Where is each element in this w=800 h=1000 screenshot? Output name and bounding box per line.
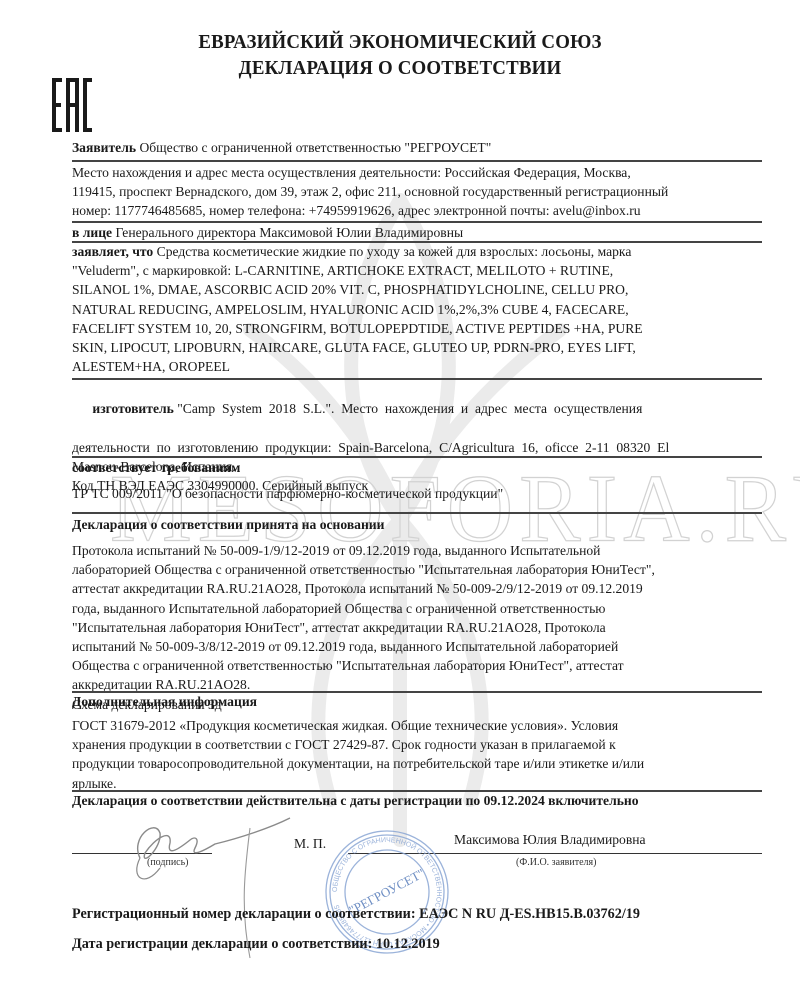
union-title: ЕВРАЗИЙСКИЙ ЭКОНОМИЧЕСКИЙ СОЮЗ: [32, 31, 768, 54]
declares-line: FACELIFT SYSTEM 10, 20, STRONGFIRM, BOTU…: [72, 319, 762, 338]
represented-by-value: Генерального директора Максимовой Юлии В…: [115, 225, 463, 240]
eac-logo-icon: [52, 78, 92, 132]
registration-number-value: ЕАЭС N RU Д-ES.НВ15.В.03762/19: [419, 906, 640, 922]
basis-line: Общества с ограниченной ответственностью…: [72, 656, 762, 675]
name-caption: (Ф.И.О. заявителя): [516, 857, 596, 868]
address-block: Место нахождения и адрес места осуществл…: [72, 163, 762, 221]
additional-label: Дополнительная информация: [72, 694, 257, 709]
requirements-value: ТР ТС 009/2011 "О безопасности парфюмерн…: [72, 484, 762, 503]
validity-text: Декларация о соответствии действительна …: [72, 793, 639, 808]
basis-label-row: Декларация о соответствии принята на осн…: [72, 515, 762, 534]
declares-line: SILANOL 1%, DMAE, ASCORBIC ACID 20% VIT.…: [72, 280, 762, 299]
represented-by-label: в лице: [72, 225, 112, 240]
manufacturer-label: изготовитель: [92, 401, 173, 416]
manufacturer-line: изготовитель "Camp System 2018 S.L.". Ме…: [72, 380, 762, 438]
registration-number-row: Регистрационный номер декларации о соотв…: [72, 906, 640, 923]
basis-line: лабораторией Общества с ограниченной отв…: [72, 560, 762, 579]
basis-line: "Испытательная лаборатория ЮниТест", атт…: [72, 618, 762, 637]
basis-line: Протокола испытаний № 50-009-1/9/12-2019…: [72, 541, 762, 560]
represented-by-row: в лице Генерального директора Максимовой…: [72, 223, 762, 242]
declares-line: ALESTEM+HA, OROPEEL: [72, 357, 762, 376]
declares-label: заявляет, что: [72, 244, 153, 259]
divider: [72, 160, 762, 162]
declares-line: "Veluderm", с маркировкой: L-CARNITINE, …: [72, 261, 762, 280]
basis-line: года, выданного Испытательной лаборатори…: [72, 599, 762, 618]
applicant-label: Заявитель: [72, 140, 136, 155]
basis-line: аттестат аккредитации RA.RU.21AO28, Прот…: [72, 579, 762, 598]
declares-line: SKIN, LIPOCUT, LIPOBURN, HAIRCARE, GLUTA…: [72, 338, 762, 357]
manufacturer-block: изготовитель "Camp System 2018 S.L.". Ме…: [72, 380, 762, 495]
declares-block: заявляет, что Средства косметические жид…: [72, 242, 762, 376]
applicant-row: Заявитель Общество с ограниченной ответс…: [72, 138, 762, 157]
address-line: 119415, проспект Вернадского, дом 39, эт…: [72, 182, 762, 201]
applicant-value: Общество с ограниченной ответственностью…: [139, 140, 491, 155]
requirements-block: соответствует требованиям: [72, 458, 762, 477]
registration-date-row: Дата регистрации декларации о соответств…: [72, 936, 440, 953]
additional-line: продукции товаросопроводительной докумен…: [72, 754, 762, 773]
basis-block: Протокола испытаний № 50-009-1/9/12-2019…: [72, 541, 762, 714]
declaration-document: ЕВРАЗИЙСКИЙ ЭКОНОМИЧЕСКИЙ СОЮЗ ДЕКЛАРАЦИ…: [0, 0, 800, 1000]
address-line: номер: 1177746485685, номер телефона: +7…: [72, 201, 762, 220]
document-title: ДЕКЛАРАЦИЯ О СООТВЕТСТВИИ: [32, 57, 768, 80]
registration-number-label: Регистрационный номер декларации о соотв…: [72, 906, 416, 922]
registration-date-label: Дата регистрации декларации о соответств…: [72, 936, 372, 952]
additional-line: хранения продукции в соответствии с ГОСТ…: [72, 735, 762, 754]
registration-date-value: 10.12.2019: [376, 936, 440, 952]
additional-block: ГОСТ 31679-2012 «Продукция косметическая…: [72, 716, 762, 793]
divider: [72, 512, 762, 514]
requirements-label: соответствует требованиям: [72, 460, 240, 475]
additional-line: ГОСТ 31679-2012 «Продукция косметическая…: [72, 716, 762, 735]
manufacturer-line: деятельности по изготовлению продукции: …: [72, 438, 762, 457]
declares-line: NATURAL REDUCING, AMPELOSLIM, HYALURONIC…: [72, 300, 762, 319]
additional-label-row: Дополнительная информация: [72, 692, 762, 711]
basis-line: испытаний № 50-009-3/8/12-2019 от 09.12.…: [72, 637, 762, 656]
basis-label: Декларация о соответствии принята на осн…: [72, 517, 384, 532]
declares-line: заявляет, что Средства косметические жид…: [72, 242, 762, 261]
signer-name: Максимова Юлия Владимировна: [454, 832, 646, 848]
address-line: Место нахождения и адрес места осуществл…: [72, 163, 762, 182]
